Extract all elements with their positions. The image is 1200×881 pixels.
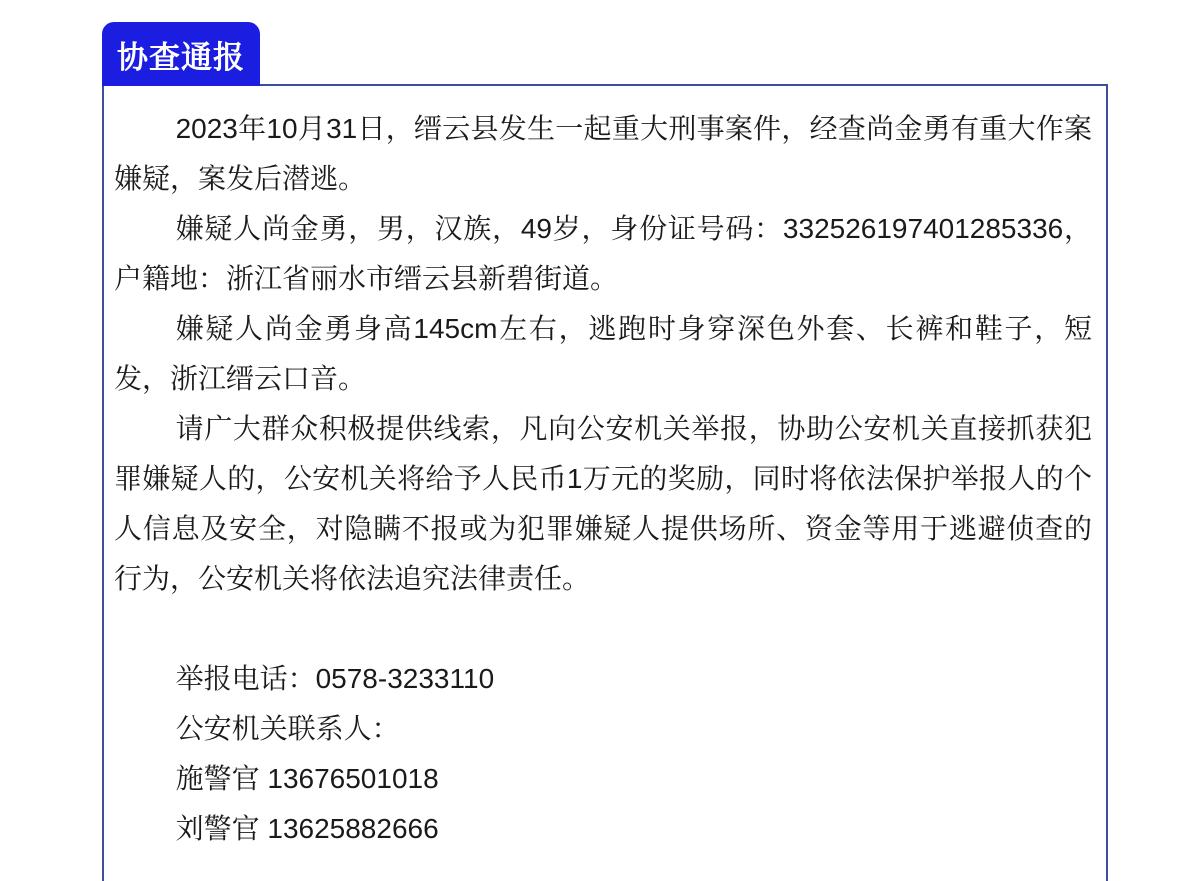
- hotline-line: 举报电话：0578-3233110: [114, 654, 1092, 704]
- officer-contact-line: 刘警官 13625882666: [114, 804, 1092, 854]
- blank-line-spacer: [114, 604, 1092, 654]
- notice-paragraph-reward: 请广大群众积极提供线索，凡向公安机关举报，协助公安机关直接抓获犯罪嫌疑人的，公安…: [114, 404, 1092, 604]
- notice-paragraph-incident: 2023年10月31日，缙云县发生一起重大刑事案件，经查尚金勇有重大作案嫌疑，案…: [114, 104, 1092, 204]
- contact-header-line: 公安机关联系人：: [114, 704, 1092, 754]
- notice-paragraph-suspect-appearance: 嫌疑人尚金勇身高145cm左右，逃跑时身穿深色外套、长裤和鞋子，短发，浙江缙云口…: [114, 304, 1092, 404]
- notice-content: 2023年10月31日，缙云县发生一起重大刑事案件，经查尚金勇有重大作案嫌疑，案…: [104, 86, 1106, 854]
- notice-paragraph-suspect-identity: 嫌疑人尚金勇，男，汉族，49岁，身份证号码：332526197401285336…: [114, 204, 1092, 304]
- notice-page: 协查通报 2023年10月31日，缙云县发生一起重大刑事案件，经查尚金勇有重大作…: [0, 0, 1200, 881]
- officer-contact-line: 施警官 13676501018: [114, 754, 1092, 804]
- notice-tab-header: 协查通报: [102, 22, 260, 86]
- notice-box: 2023年10月31日，缙云县发生一起重大刑事案件，经查尚金勇有重大作案嫌疑，案…: [102, 84, 1108, 881]
- notice-tab-label: 协查通报: [117, 32, 245, 77]
